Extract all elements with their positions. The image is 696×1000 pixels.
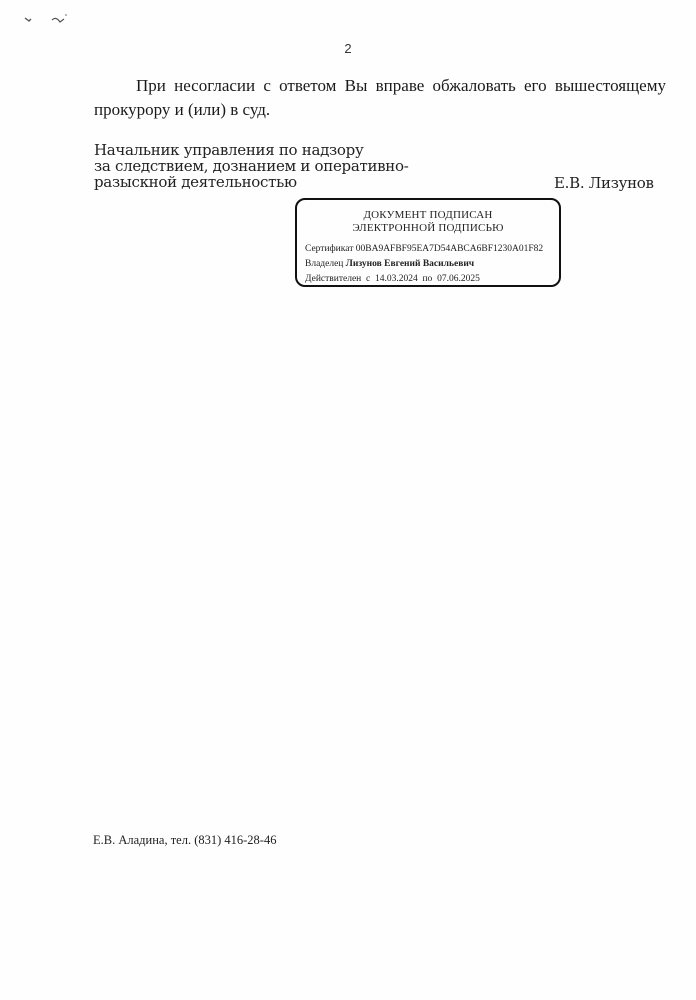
appeal-notice-line-1: При несогласии с ответом Вы вправе обжал… xyxy=(94,74,666,98)
certificate-number: 00BA9AFBF95EA7D54ABCA6BF1230A01F82 xyxy=(356,244,543,254)
signer-position-line: Начальник управления по надзору xyxy=(94,142,409,158)
owner-name: Лизунов Евгений Васильевич xyxy=(346,259,474,269)
signer-name: Е.В. Лизунов xyxy=(554,174,654,192)
stamp-title: ДОКУМЕНТ ПОДПИСАН ЭЛЕКТРОННОЙ ПОДПИСЬЮ xyxy=(297,209,559,235)
electronic-signature-stamp: ДОКУМЕНТ ПОДПИСАН ЭЛЕКТРОННОЙ ПОДПИСЬЮ С… xyxy=(295,198,561,287)
valid-to-date: 07.06.2025 xyxy=(437,274,480,284)
executor-contact: Е.В. Аладина, тел. (831) 416-28-46 xyxy=(93,833,276,848)
stamp-owner: Владелец Лизунов Евгений Васильевич xyxy=(305,259,474,269)
appeal-notice-paragraph: При несогласии с ответом Вы вправе обжал… xyxy=(94,74,666,122)
page-number: 2 xyxy=(0,41,696,56)
stamp-validity: Действителен с 14.03.2024 по 07.06.2025 xyxy=(305,274,480,284)
signer-position-line: разыскной деятельностью xyxy=(94,174,409,190)
scan-artifact-marks xyxy=(22,12,72,26)
signer-position: Начальник управления по надзору за следс… xyxy=(94,142,409,190)
valid-from-date: 14.03.2024 xyxy=(375,274,418,284)
stamp-certificate: Сертификат 00BA9AFBF95EA7D54ABCA6BF1230A… xyxy=(305,244,543,254)
signer-position-line: за следствием, дознанием и оперативно- xyxy=(94,158,409,174)
appeal-notice-line-2: прокурору и (или) в суд. xyxy=(94,100,270,119)
